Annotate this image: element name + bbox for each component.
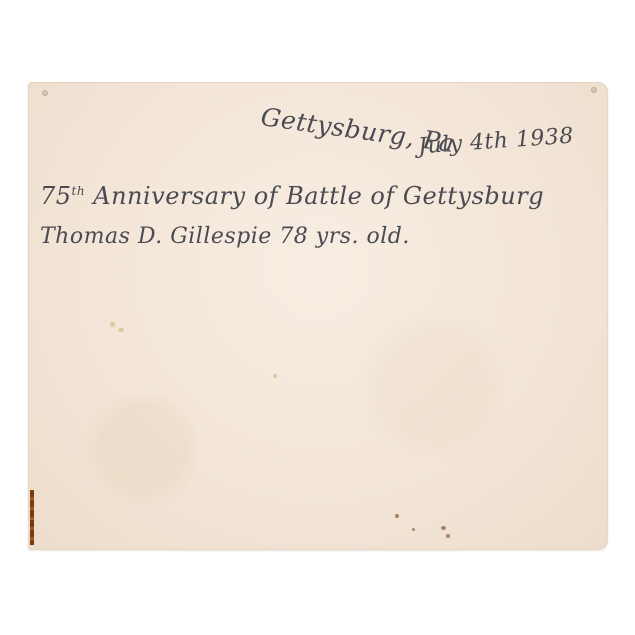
foxing-spot [412, 528, 415, 531]
pin-hole [42, 90, 48, 96]
foxing-spot [110, 322, 115, 327]
inscription-subject: Thomas D. Gillespie 78 yrs. old. [40, 224, 410, 249]
foxing-spot [118, 328, 124, 332]
foxing-spot [273, 374, 277, 378]
foxing-spot [395, 514, 399, 518]
foxing-spot [441, 526, 446, 530]
inscription-event: 75th Anniversary of Battle of Gettysburg [40, 182, 544, 210]
event-text: Anniversary of Battle of Gettysburg [93, 182, 544, 210]
rust-stain [30, 490, 34, 545]
photo-back-card: Gettysburg, Pa July 4th 1938 75th Annive… [28, 82, 608, 550]
pin-hole [591, 87, 597, 93]
event-ordinal-suffix: th [72, 184, 86, 198]
event-ordinal-number: 75 [40, 182, 72, 210]
foxing-spot [446, 534, 450, 538]
